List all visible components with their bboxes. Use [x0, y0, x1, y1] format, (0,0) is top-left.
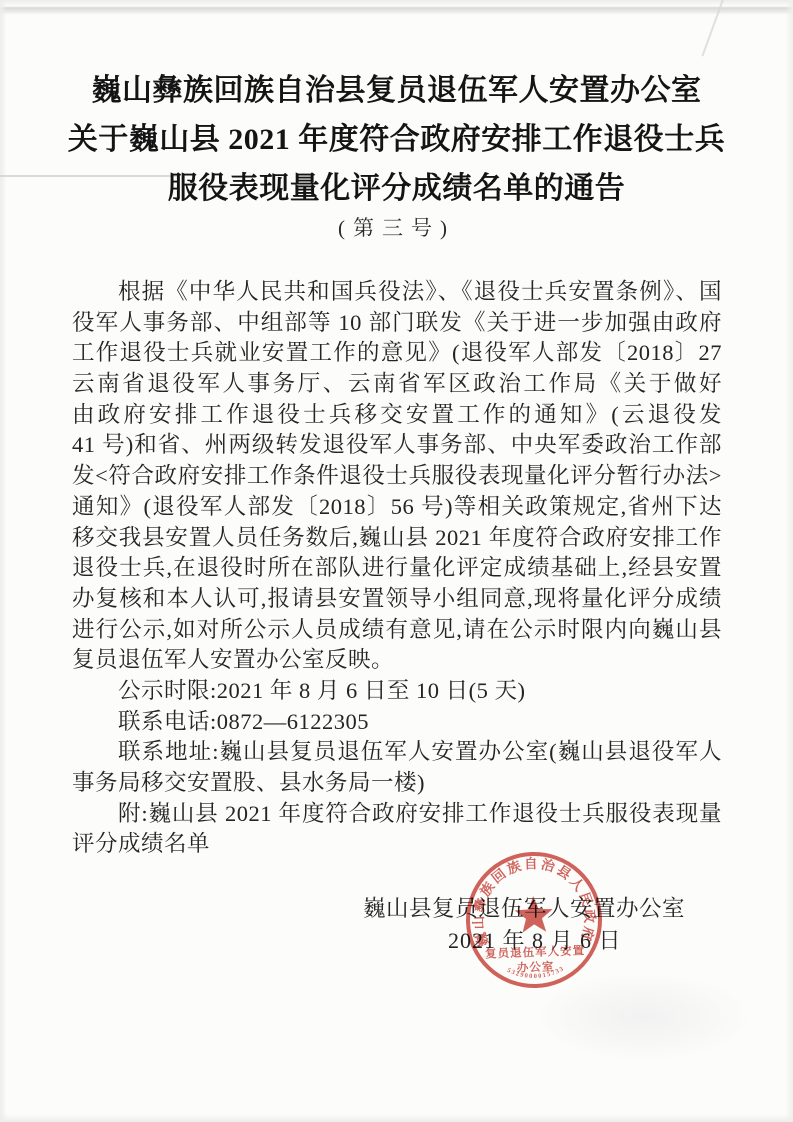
title-line-2: 关于巍山县 2021 年度符合政府安排工作退役士兵: [0, 115, 793, 164]
official-seal: 巍山彝族回族自治县人民政府 复员退伍军人安置 办公室 5329000015733: [456, 842, 611, 997]
body-line: 复员退伍军人安置办公室反映。: [72, 645, 722, 676]
body-line: 退役士兵,在退役时所在部队进行量化评定成绩基础上,经县安置: [72, 553, 722, 584]
contact-address-line: 联系地址:巍山县复员退伍军人安置办公室(巍山县退役军人: [72, 737, 722, 768]
scanned-notice-page: 巍山彝族回族自治县复员退伍军人安置办公室 关于巍山县 2021 年度符合政府安排…: [0, 0, 793, 1122]
body-line: 进行公示,如对所公示人员成绩有意见,请在公示时限内向巍山县: [72, 615, 722, 646]
scan-edge-top: [0, 0, 793, 6]
notice-title: 巍山彝族回族自治县复员退伍军人安置办公室 关于巍山县 2021 年度符合政府安排…: [0, 66, 793, 213]
body-line: 办复核和本人认可,报请县安置领导小组同意,现将量化评分成绩: [72, 584, 722, 615]
publicity-period-line: 公示时限:2021 年 8 月 6 日至 10 日(5 天): [72, 676, 722, 707]
body-line: 云南省退役军人事务厅、云南省军区政治工作局《关于做好 2021 年: [72, 369, 722, 400]
red-star-icon: [514, 895, 553, 933]
scan-streak-top: [0, 7, 793, 14]
attachment-line-2: 评分成绩名单: [72, 829, 722, 860]
attachment-line: 附:巍山县 2021 年度符合政府安排工作退役士兵服役表现量化: [72, 799, 722, 830]
title-line-3: 服役表现量化评分成绩名单的通告: [0, 164, 793, 213]
title-line-1: 巍山彝族回族自治县复员退伍军人安置办公室: [0, 66, 793, 115]
notice-body: 根据《中华人民共和国兵役法》、《退役士兵安置条例》、国家退 役军人事务部、中组部…: [72, 277, 722, 860]
contact-address-line-2: 事务局移交安置股、县水务局一楼): [72, 768, 722, 799]
contact-phone-line: 联系电话:0872—6122305: [72, 707, 722, 738]
body-line: 役军人事务部、中组部等 10 部门联发《关于进一步加强由政府安排: [72, 308, 722, 339]
body-line: 工作退役士兵就业安置工作的意见》(退役军人部发〔2018〕27 号)、: [72, 338, 722, 369]
body-line: 发<符合政府安排工作条件退役士兵服役表现量化评分暂行办法>的: [72, 461, 722, 492]
body-line: 由政府安排工作退役士兵移交安置工作的通知》(云退役发〔2021〕: [72, 400, 722, 431]
scan-edge-bottom: [0, 1114, 793, 1122]
body-line: 41 号)和省、州两级转发退役军人事务部、中央军委政治工作部《印: [72, 430, 722, 461]
notice-number: (第三号): [0, 212, 793, 242]
body-line: 移交我县安置人员任务数后,巍山县 2021 年度符合政府安排工作的: [72, 523, 722, 554]
seal-center-text-1: 复员退伍军人安置: [485, 943, 585, 960]
body-line: 根据《中华人民共和国兵役法》、《退役士兵安置条例》、国家退: [72, 277, 722, 308]
body-line: 通知》(退役军人部发〔2018〕56 号)等相关政策规定,省州下达: [72, 492, 722, 523]
